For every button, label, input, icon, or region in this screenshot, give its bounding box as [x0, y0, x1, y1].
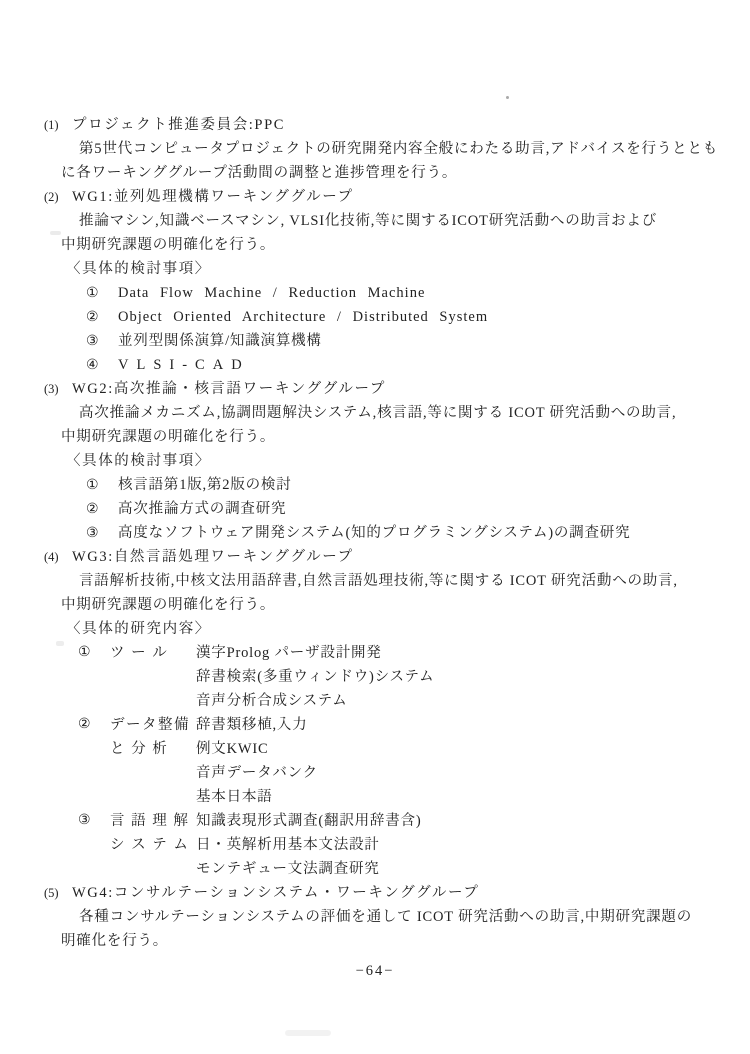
- wg3-topic: 基本日本語: [196, 785, 273, 809]
- body-line: 明確化を行う。: [0, 929, 750, 953]
- body-line: 各種コンサルテーションシステムの評価を通して ICOT 研究活動への助言,中期研…: [0, 905, 750, 929]
- wg3-topic: 音声データバンク: [196, 761, 318, 785]
- wg3-topic: 例文KWIC: [196, 737, 268, 761]
- item-number: (5): [44, 881, 72, 905]
- body-line: 中期研究課題の明確化を行う。: [0, 425, 750, 449]
- subheading: 〈具体的研究内容〉: [0, 617, 750, 641]
- wg3-category-label: シ ス テ ム: [110, 833, 196, 857]
- circled-number-icon: ④: [86, 354, 118, 378]
- wg3-row: ③言 語 理 解知識表現形式調査(翻訳用辞書含): [0, 809, 750, 833]
- section-wg3-heading: (4)WG3:自然言語処理ワーキンググループ: [0, 545, 750, 569]
- circled-number-icon: ②: [78, 713, 110, 737]
- body-line: 言語解析技術,中核文法用語辞書,自然言語処理技術,等に関する ICOT 研究活動…: [0, 569, 750, 593]
- wg3-row: 辞書検索(多重ウィンドウ)システム: [0, 665, 750, 689]
- section-title: WG1:並列処理機構ワーキンググループ: [72, 189, 354, 205]
- list-item: ③高度なソフトウェア開発システム(知的プログラミングシステム)の調査研究: [0, 521, 750, 545]
- list-item: ③並列型関係演算/知識演算機構: [0, 329, 750, 353]
- section-title: WG4:コンサルテーションシステム・ワーキンググループ: [72, 885, 479, 901]
- wg3-row: ①ツ ー ル漢字Prolog パーザ設計開発: [0, 641, 750, 665]
- wg3-category-label: データ整備: [110, 713, 196, 737]
- section-wg4-heading: (5)WG4:コンサルテーションシステム・ワーキンググループ: [0, 881, 750, 905]
- list-item-text: Object Oriented Architecture / Distribut…: [118, 309, 488, 325]
- circled-number-icon: ②: [86, 306, 118, 330]
- item-number: (1): [44, 113, 72, 137]
- wg3-topic: 辞書検索(多重ウィンドウ)システム: [196, 665, 434, 689]
- document-content: (1)プロジェクト推進委員会:PPC 第5世代コンピュータプロジェクトの研究開発…: [0, 113, 750, 953]
- list-item: ②Object Oriented Architecture / Distribu…: [0, 305, 750, 329]
- list-item: ④VLSI-CAD: [0, 353, 750, 377]
- wg3-row: 基本日本語: [0, 785, 750, 809]
- section-title: プロジェクト推進委員会:PPC: [72, 117, 285, 133]
- list-item: ①Data Flow Machine / Reduction Machine: [0, 281, 750, 305]
- item-number: (3): [44, 377, 72, 401]
- list-item-text: 核言語第1版,第2版の検討: [118, 477, 292, 493]
- subheading: 〈具体的検討事項〉: [0, 449, 750, 473]
- body-line: 推論マシン,知識ベースマシン, VLSI化技術,等に関するICOT研究活動への助…: [0, 209, 750, 233]
- scan-speck: [50, 231, 61, 235]
- circled-number-icon: ②: [86, 498, 118, 522]
- wg3-topic: 日・英解析用基本文法設計: [196, 833, 380, 857]
- list-item: ①核言語第1版,第2版の検討: [0, 473, 750, 497]
- section-wg2-heading: (3)WG2:高次推論・核言語ワーキンググループ: [0, 377, 750, 401]
- item-number: (4): [44, 545, 72, 569]
- wg3-category-label: と 分 析: [110, 737, 196, 761]
- wg3-topic: 知識表現形式調査(翻訳用辞書含): [196, 809, 421, 833]
- scan-speck: [56, 641, 64, 646]
- wg3-category-label: [110, 785, 196, 809]
- document-page: (1)プロジェクト推進委員会:PPC 第5世代コンピュータプロジェクトの研究開発…: [0, 0, 750, 1054]
- list-item-text: 並列型関係演算/知識演算機構: [118, 333, 322, 349]
- wg3-row: と 分 析例文KWIC: [0, 737, 750, 761]
- wg3-topic: 音声分析合成システム: [196, 689, 348, 713]
- wg3-category-label: [110, 761, 196, 785]
- wg3-row: 音声データバンク: [0, 761, 750, 785]
- list-item-text: Data Flow Machine / Reduction Machine: [118, 285, 425, 301]
- list-item-text: 高度なソフトウェア開発システム(知的プログラミングシステム)の調査研究: [118, 525, 630, 541]
- list-item-text: VLSI-CAD: [118, 357, 250, 373]
- circled-number-icon: ①: [86, 474, 118, 498]
- wg3-row: 音声分析合成システム: [0, 689, 750, 713]
- wg3-category-label: [110, 665, 196, 689]
- wg3-topic: モンテギュー文法調査研究: [196, 857, 380, 881]
- body-line: 第5世代コンピュータプロジェクトの研究開発内容全般にわたる助言,アドバイスを行う…: [0, 137, 750, 161]
- wg3-category-label: [110, 689, 196, 713]
- circled-number-icon: ③: [86, 330, 118, 354]
- body-line: に各ワーキンググループ活動間の調整と進捗管理を行う。: [0, 161, 750, 185]
- body-line: 中期研究課題の明確化を行う。: [0, 233, 750, 257]
- wg3-category-label: 言 語 理 解: [110, 809, 196, 833]
- wg3-row: シ ス テ ム日・英解析用基本文法設計: [0, 833, 750, 857]
- list-item: ②高次推論方式の調査研究: [0, 497, 750, 521]
- subheading: 〈具体的検討事項〉: [0, 257, 750, 281]
- wg3-category-label: ツ ー ル: [110, 641, 196, 665]
- scan-speck: [506, 96, 509, 99]
- wg3-row: モンテギュー文法調査研究: [0, 857, 750, 881]
- wg3-row: ②データ整備辞書類移植,入力: [0, 713, 750, 737]
- circled-number-icon: ①: [86, 282, 118, 306]
- scan-speck: [285, 1030, 331, 1036]
- section-title: WG2:高次推論・核言語ワーキンググループ: [72, 381, 386, 397]
- page-number: −64−: [0, 963, 750, 980]
- body-line: 高次推論メカニズム,協調問題解決システム,核言語,等に関する ICOT 研究活動…: [0, 401, 750, 425]
- list-item-text: 高次推論方式の調査研究: [118, 501, 286, 517]
- section-title: WG3:自然言語処理ワーキンググループ: [72, 549, 354, 565]
- circled-number-icon: ③: [86, 522, 118, 546]
- wg3-category-label: [110, 857, 196, 881]
- section-wg1-heading: (2)WG1:並列処理機構ワーキンググループ: [0, 185, 750, 209]
- wg3-topic: 辞書類移植,入力: [196, 713, 308, 737]
- circled-number-icon: ③: [78, 809, 110, 833]
- circled-number-icon: ①: [78, 641, 110, 665]
- wg3-topic: 漢字Prolog パーザ設計開発: [196, 641, 382, 665]
- item-number: (2): [44, 185, 72, 209]
- section-ppc-heading: (1)プロジェクト推進委員会:PPC: [0, 113, 750, 137]
- body-line: 中期研究課題の明確化を行う。: [0, 593, 750, 617]
